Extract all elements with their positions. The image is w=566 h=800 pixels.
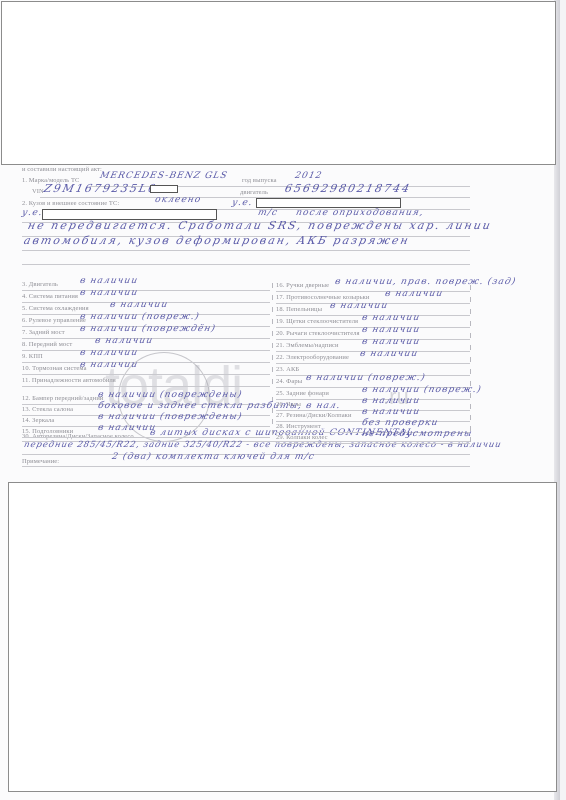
right-item-value: в наличии <box>361 325 421 335</box>
right-item-label: 22. Электрооборудование <box>276 354 349 361</box>
right-item-label: 23. АКБ <box>276 366 299 373</box>
right-item-value: без проверки <box>361 418 439 428</box>
year-value: 2012 <box>294 171 323 181</box>
left-item-value: в наличии (повреж.) <box>79 312 201 322</box>
row-rule <box>22 350 270 351</box>
right-item-value: в наличии, прав. повреж. (зад) <box>334 277 517 287</box>
row-rule <box>22 290 270 291</box>
left-item-label: 3. Двигатель <box>22 281 58 288</box>
year-label: год выпуска <box>242 177 277 184</box>
right-item-value: в наличии <box>329 301 389 311</box>
right-item-label: 16. Ручки дверные <box>276 282 329 289</box>
row-rule <box>22 437 270 438</box>
row-tick <box>470 404 471 409</box>
body-label: 2. Кузов и внешнее состояние ТС: <box>22 200 119 207</box>
row-rule <box>276 363 470 364</box>
left-item-label: 9. КПП <box>22 353 43 360</box>
row-tick <box>272 408 273 413</box>
right-item-label: 25. Задние фонари <box>276 390 329 397</box>
right-item-value: в наличии <box>361 407 421 417</box>
left-item-label: 12. Бампер передний/задний <box>22 395 103 402</box>
right-item-label: 24. Фары <box>276 378 302 385</box>
row-tick <box>272 343 273 348</box>
scanned-document-page: totaldi .ru и составили настоящий акт: 1… <box>0 0 560 800</box>
row-tick <box>470 345 471 350</box>
row-rule <box>22 362 270 363</box>
row-tick <box>470 285 471 290</box>
right-item-value: не предусмотрены <box>361 429 473 439</box>
vin-value: Z9M1679235L0 <box>43 182 159 195</box>
row-tick <box>470 369 471 374</box>
left-item-value: в наличии <box>94 336 154 346</box>
left-item-label: 10. Тормозная система <box>22 365 87 372</box>
row-rule <box>22 374 270 375</box>
right-item-label: 18. Пепельницы <box>276 306 322 313</box>
row-tick <box>272 295 273 300</box>
left-item-value: в наличии (повреждён) <box>79 324 217 334</box>
left-item-label: 5. Система охлаждения <box>22 305 89 312</box>
redacted-body-field <box>256 198 401 208</box>
row-tick <box>272 430 273 435</box>
right-item-label: 20. Рычаги стеклоочистителя <box>276 330 360 337</box>
left-item-value: в наличии <box>97 423 157 433</box>
row-tick <box>272 331 273 336</box>
intro-line: и составили настоящий акт: <box>22 166 102 173</box>
body-note-tail: после оприходования, <box>295 208 425 218</box>
body-note-prefix-2: у.е. <box>21 208 44 218</box>
row-tick <box>470 321 471 326</box>
notes-label: Примечание: <box>22 458 59 465</box>
row-tick <box>470 309 471 314</box>
right-item-label: 17. Противосолнечные козырьки <box>276 294 370 301</box>
left-item-label: 15. Подголовники <box>22 428 73 435</box>
body-note-mid: т/с <box>257 208 279 218</box>
right-item-value: в наличии <box>361 396 421 406</box>
body-note-prefix: у.е. <box>231 198 254 208</box>
row-tick <box>272 355 273 360</box>
redacted-vin-suffix <box>150 185 178 193</box>
right-item-label: 29. Колпаки колес <box>276 434 328 441</box>
left-item-value: в наличии <box>79 348 139 358</box>
right-item-value: в наличии <box>361 337 421 347</box>
row-tick <box>470 297 471 302</box>
right-item-label: 19. Щетки стеклоочистителя <box>276 318 358 325</box>
row-tick <box>272 319 273 324</box>
right-item-value: в наличии <box>384 289 444 299</box>
notes-value: 2 (два) комплекта ключей для т/с <box>111 452 316 462</box>
body-description-line-3: автомобиля, кузов деформирован, АКБ разр… <box>23 234 412 247</box>
right-item-label: 27. Резина/Диски/Колпаки <box>276 412 352 419</box>
row-tick <box>470 333 471 338</box>
left-item-value: в наличии <box>79 288 139 298</box>
left-item-label: 6. Рулевое управление <box>22 317 86 324</box>
left-item-label: 13. Стекла салона <box>22 406 73 413</box>
right-item-label: 28. Инструмент <box>276 423 321 430</box>
left-item-label: 14. Зеркала <box>22 417 54 424</box>
row-tick <box>272 283 273 288</box>
left-item-value: в наличии (повреждены) <box>97 412 243 422</box>
redacted-footer-block <box>8 482 557 792</box>
left-item-label: 4. Система питания <box>22 293 78 300</box>
left-item-value: в наличии (повреждены) <box>97 390 243 400</box>
right-item-value: в наличии (повреж.) <box>361 385 483 395</box>
wheels-line-2: передние 285/45/R22, задние 325/40/R22 -… <box>23 440 503 450</box>
make-model-value: MERCEDES-BENZ GLS <box>99 171 229 181</box>
engine-value: 65692980218744 <box>284 182 413 195</box>
row-tick <box>272 419 273 424</box>
row-tick <box>272 379 273 384</box>
left-item-label: 11. Принадлежности автомобиля <box>22 377 116 384</box>
right-item-value: в наличии <box>359 349 419 359</box>
body-description-line-2: не передвигается. Сработали SRS, поврежд… <box>27 219 494 232</box>
body-value: оклеено <box>154 195 202 205</box>
right-item-value: в наличии <box>361 313 421 323</box>
left-item-value: в наличии <box>109 300 169 310</box>
row-tick <box>272 367 273 372</box>
row-tick <box>470 437 471 442</box>
left-item-label: 8. Передний мост <box>22 341 72 348</box>
row-tick <box>470 357 471 362</box>
right-item-value: в наличии (повреж.) <box>305 373 427 383</box>
row-tick <box>272 307 273 312</box>
left-item-value: в наличии <box>79 360 139 370</box>
right-item-label: 21. Эмблемы/надписи <box>276 342 339 349</box>
redacted-header-block <box>1 1 556 165</box>
right-item-label: 26. Часы <box>276 401 301 408</box>
row-tick <box>470 415 471 420</box>
row-tick <box>470 393 471 398</box>
row-rule <box>276 443 470 444</box>
left-item-value: в наличии <box>79 276 139 286</box>
left-item-label: 7. Задний мост <box>22 329 65 336</box>
engine-label: двигатель <box>240 189 268 196</box>
row-rule <box>22 386 270 387</box>
